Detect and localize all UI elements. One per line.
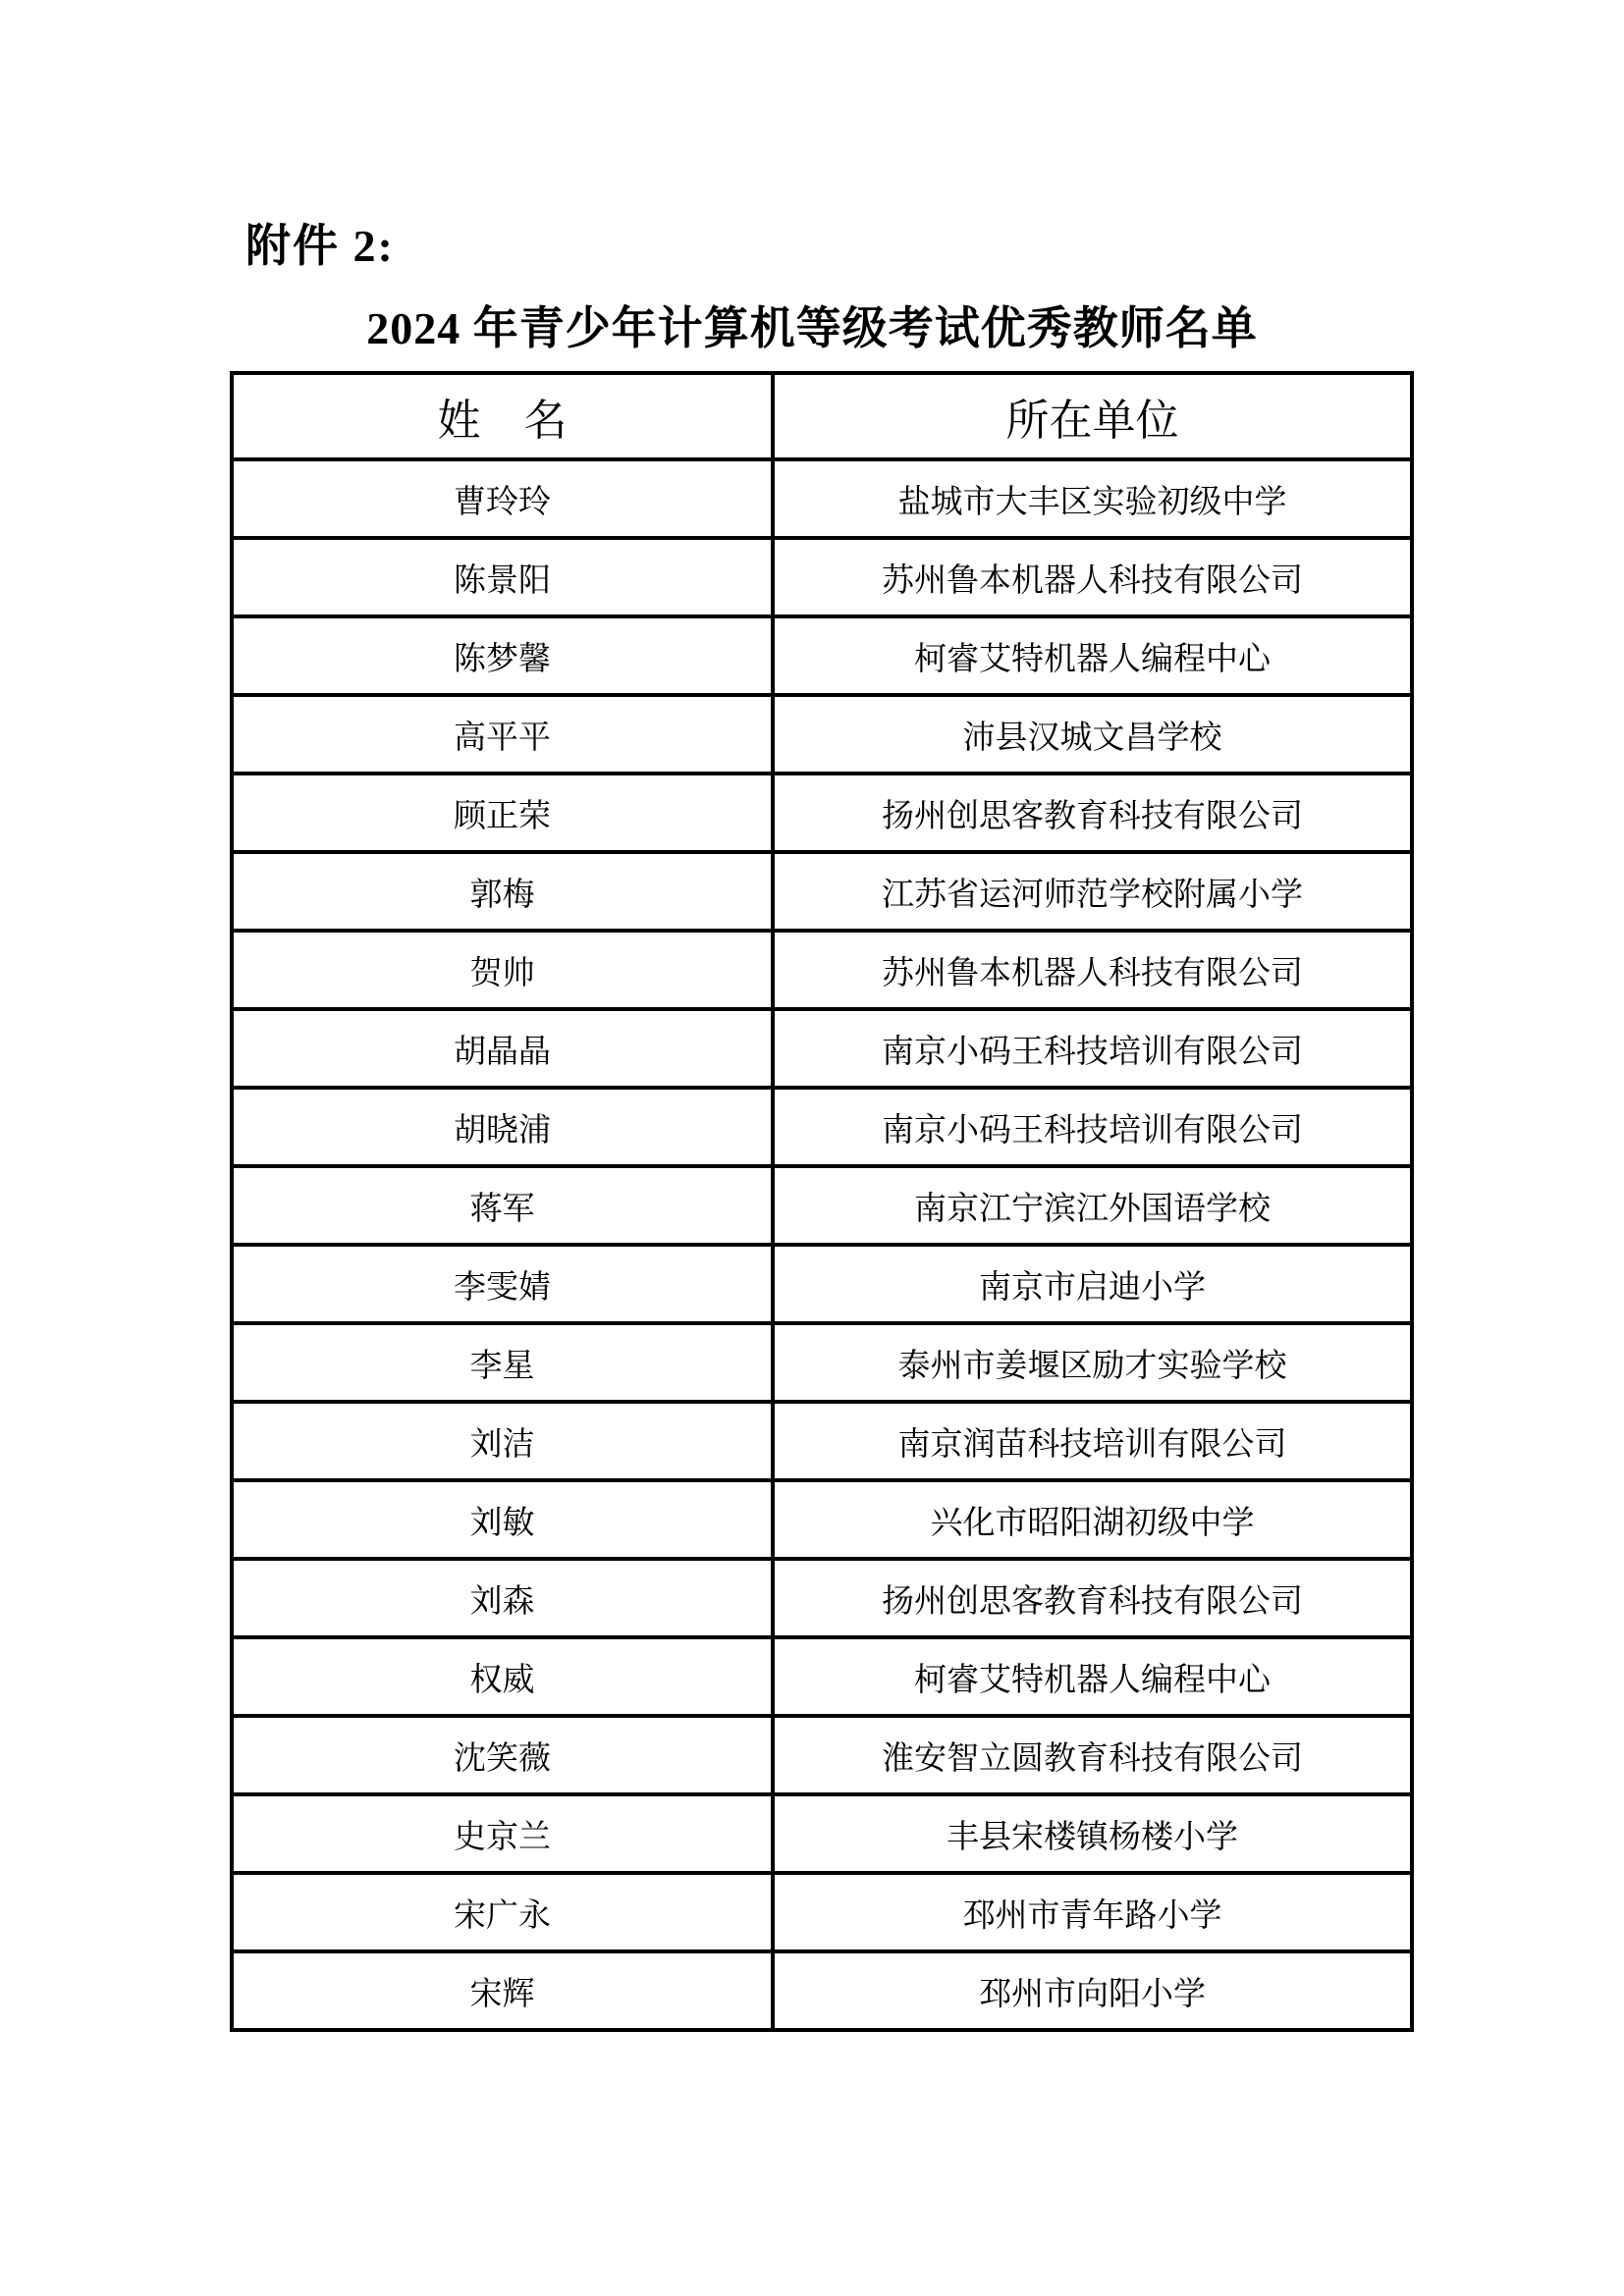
org-cell: 淮安智立圆教育科技有限公司	[773, 1716, 1412, 1794]
org-cell: 南京市启迪小学	[773, 1245, 1412, 1323]
org-cell: 南京江宁滨江外国语学校	[773, 1166, 1412, 1245]
table-row: 李雯婧 南京市启迪小学	[232, 1245, 1412, 1323]
name-cell: 史京兰	[232, 1794, 773, 1873]
name-cell: 郭梅	[232, 852, 773, 931]
table-row: 贺帅 苏州鲁本机器人科技有限公司	[232, 931, 1412, 1009]
name-cell: 陈景阳	[232, 538, 773, 616]
org-cell: 丰县宋楼镇杨楼小学	[773, 1794, 1412, 1873]
name-cell: 刘洁	[232, 1402, 773, 1480]
org-cell: 南京小码王科技培训有限公司	[773, 1009, 1412, 1088]
name-cell: 高平平	[232, 695, 773, 774]
org-cell: 南京小码王科技培训有限公司	[773, 1088, 1412, 1166]
name-cell: 刘森	[232, 1559, 773, 1637]
table-row: 郭梅 江苏省运河师范学校附属小学	[232, 852, 1412, 931]
name-cell: 曹玲玲	[232, 459, 773, 538]
org-cell: 柯睿艾特机器人编程中心	[773, 616, 1412, 695]
table-row: 顾正荣 扬州创思客教育科技有限公司	[232, 774, 1412, 852]
name-cell: 沈笑薇	[232, 1716, 773, 1794]
name-cell: 胡晓浦	[232, 1088, 773, 1166]
table-row: 权威 柯睿艾特机器人编程中心	[232, 1637, 1412, 1716]
org-cell: 邳州市青年路小学	[773, 1873, 1412, 1951]
name-cell: 李雯婧	[232, 1245, 773, 1323]
org-cell: 南京润苗科技培训有限公司	[773, 1402, 1412, 1480]
org-cell: 泰州市姜堰区励才实验学校	[773, 1323, 1412, 1402]
name-cell: 宋辉	[232, 1951, 773, 2030]
table-row: 胡晶晶 南京小码王科技培训有限公司	[232, 1009, 1412, 1088]
header-cell-name: 姓 名	[232, 373, 773, 459]
header-row: 姓 名 所在单位	[232, 373, 1412, 459]
name-cell: 胡晶晶	[232, 1009, 773, 1088]
org-cell: 扬州创思客教育科技有限公司	[773, 1559, 1412, 1637]
table-row: 史京兰 丰县宋楼镇杨楼小学	[232, 1794, 1412, 1873]
attachment-label: 附件 2:	[245, 210, 395, 275]
org-cell: 柯睿艾特机器人编程中心	[773, 1637, 1412, 1716]
table-header: 姓 名 所在单位	[232, 373, 1412, 459]
table-row: 李星 泰州市姜堰区励才实验学校	[232, 1323, 1412, 1402]
table-row: 沈笑薇 淮安智立圆教育科技有限公司	[232, 1716, 1412, 1794]
teacher-roster-table: 姓 名 所在单位 曹玲玲 盐城市大丰区实验初级中学 陈景阳 苏州鲁本机器人科技有…	[230, 371, 1414, 2032]
org-cell: 沛县汉城文昌学校	[773, 695, 1412, 774]
table-row: 陈梦馨 柯睿艾特机器人编程中心	[232, 616, 1412, 695]
org-cell: 邳州市向阳小学	[773, 1951, 1412, 2030]
org-cell: 苏州鲁本机器人科技有限公司	[773, 538, 1412, 616]
table-row: 蒋军 南京江宁滨江外国语学校	[232, 1166, 1412, 1245]
table-body: 曹玲玲 盐城市大丰区实验初级中学 陈景阳 苏州鲁本机器人科技有限公司 陈梦馨 柯…	[232, 459, 1412, 2030]
name-cell: 权威	[232, 1637, 773, 1716]
org-cell: 盐城市大丰区实验初级中学	[773, 459, 1412, 538]
table-row: 刘森 扬州创思客教育科技有限公司	[232, 1559, 1412, 1637]
table-row: 宋广永 邳州市青年路小学	[232, 1873, 1412, 1951]
page-title: 2024 年青少年计算机等级考试优秀教师名单	[0, 293, 1624, 357]
org-cell: 江苏省运河师范学校附属小学	[773, 852, 1412, 931]
name-cell: 李星	[232, 1323, 773, 1402]
name-cell: 贺帅	[232, 931, 773, 1009]
name-cell: 刘敏	[232, 1480, 773, 1559]
header-cell-org: 所在单位	[773, 373, 1412, 459]
table-row: 陈景阳 苏州鲁本机器人科技有限公司	[232, 538, 1412, 616]
name-cell: 宋广永	[232, 1873, 773, 1951]
table-row: 曹玲玲 盐城市大丰区实验初级中学	[232, 459, 1412, 538]
name-cell: 顾正荣	[232, 774, 773, 852]
org-cell: 苏州鲁本机器人科技有限公司	[773, 931, 1412, 1009]
org-cell: 兴化市昭阳湖初级中学	[773, 1480, 1412, 1559]
table-row: 宋辉 邳州市向阳小学	[232, 1951, 1412, 2030]
org-cell: 扬州创思客教育科技有限公司	[773, 774, 1412, 852]
table-row: 高平平 沛县汉城文昌学校	[232, 695, 1412, 774]
table-row: 刘洁 南京润苗科技培训有限公司	[232, 1402, 1412, 1480]
name-cell: 陈梦馨	[232, 616, 773, 695]
name-cell: 蒋军	[232, 1166, 773, 1245]
table-row: 刘敏 兴化市昭阳湖初级中学	[232, 1480, 1412, 1559]
table-row: 胡晓浦 南京小码王科技培训有限公司	[232, 1088, 1412, 1166]
